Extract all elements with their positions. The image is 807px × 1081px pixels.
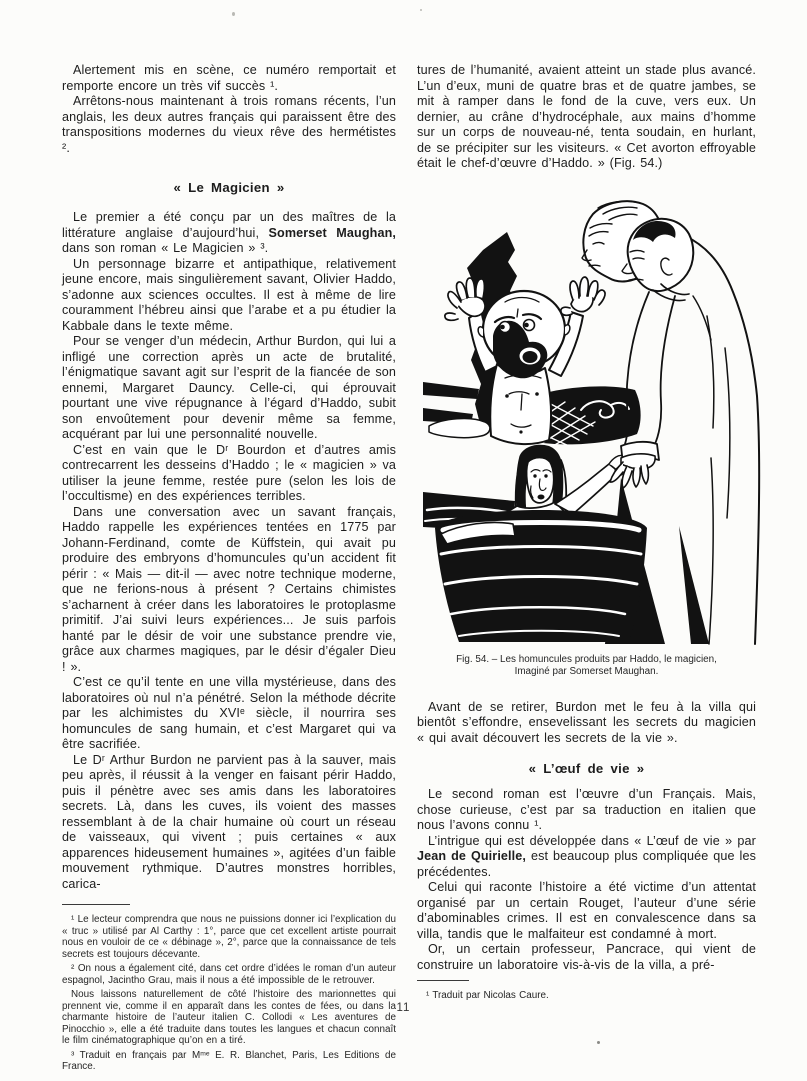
- paragraph: Or, un certain professeur, Pancrace, qui…: [417, 942, 756, 973]
- section-heading-loeuf-de-vie: « L’œuf de vie »: [417, 761, 756, 776]
- paragraph: Un personnage bizarre et antipathique, r…: [62, 257, 396, 335]
- section-heading-le-magicien: « Le Magicien »: [62, 180, 396, 195]
- paragraph: Celui qui raconte l’histoire a été victi…: [417, 880, 756, 942]
- scan-speck: [597, 1041, 600, 1044]
- paragraph: C’est ce qu’il tente en une villa mystér…: [62, 675, 396, 753]
- footnote-rule: [62, 904, 130, 905]
- paragraph: Dans une conversation avec un savant fra…: [62, 505, 396, 676]
- page-number: 11: [0, 1002, 807, 1014]
- paragraph: Le second roman est l’œuvre d’un Françai…: [417, 787, 756, 834]
- paragraph: C’est en vain que le Dʳ Bourdon et d’aut…: [62, 443, 396, 505]
- paragraph: Pour se venger d’un médecin, Arthur Burd…: [62, 334, 396, 443]
- footnote-rule: [417, 980, 469, 981]
- footnote-3: ³ Traduit en français par Mᵐᵉ E. R. Blan…: [62, 1050, 396, 1073]
- scan-speck: [420, 9, 422, 11]
- figure-54-illustration: [423, 196, 779, 646]
- paragraph: Arrêtons-nous maintenant à trois romans …: [62, 94, 396, 156]
- paragraph: Alertement mis en scène, ce numéro rempo…: [62, 63, 396, 94]
- paragraph: Avant de se retirer, Burdon met le feu à…: [417, 700, 756, 747]
- footnote-1: ¹ Traduit par Nicolas Caure.: [417, 990, 756, 1002]
- left-column: Alertement mis en scène, ce numéro rempo…: [62, 63, 396, 1076]
- figure-54: Fig. 54. – Les homuncules produits par H…: [417, 196, 756, 679]
- right-column: tures de l’humanité, avaient atteint un …: [417, 63, 756, 1005]
- footnote-2: ² On nous a également cité, dans cet ord…: [62, 963, 396, 986]
- paragraph: Le premier a été conçu par un des maître…: [62, 210, 396, 257]
- figure-caption-line-1: Fig. 54. – Les homuncules produits par H…: [417, 654, 756, 667]
- footnote-note: Nous laissons naturellement de côté l’hi…: [62, 989, 396, 1047]
- book-page: Alertement mis en scène, ce numéro rempo…: [0, 0, 807, 1081]
- paragraph: L’intrigue qui est développée dans « L’œ…: [417, 834, 756, 881]
- figure-caption-line-2: Imaginé par Somerset Maughan.: [417, 666, 756, 679]
- paragraph: Le Dʳ Arthur Burdon ne parvient pas à la…: [62, 753, 396, 893]
- footnote-1: ¹ Le lecteur comprendra que nous ne puis…: [62, 914, 396, 960]
- scan-speck: [232, 12, 235, 16]
- paragraph: tures de l’humanité, avaient atteint un …: [417, 63, 756, 172]
- figure-caption: Fig. 54. – Les homuncules produits par H…: [417, 654, 756, 679]
